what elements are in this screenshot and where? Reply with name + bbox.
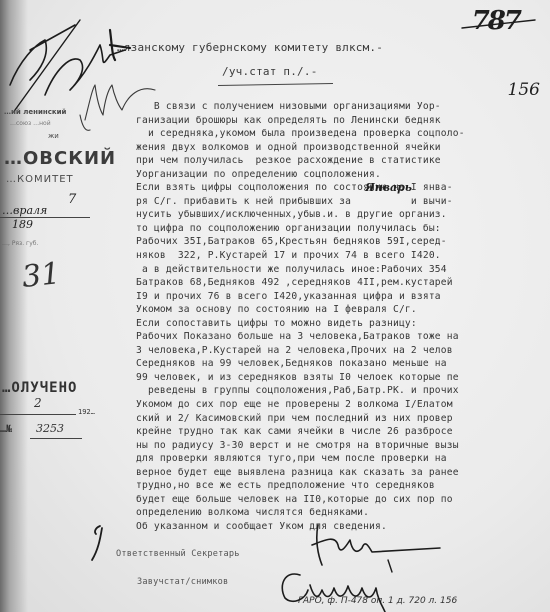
body-line: ганизации брошюры как определять по Лени… xyxy=(136,114,550,128)
stamp-line-1: …ий ленинский xyxy=(4,108,66,116)
addressee-line: …язанскому губернскому комитету влксм.- xyxy=(117,41,383,54)
body-line: Уорганизации по определению соцположения… xyxy=(136,168,550,182)
body-line: реведены в группы соцположения,Раб,Батр.… xyxy=(136,384,550,398)
received-date-line xyxy=(0,414,76,415)
signature-label-statistics: Завучстат/снимков xyxy=(137,577,228,587)
subject-line: /уч.стат п./.- xyxy=(222,65,318,78)
handwritten-page-number: 156 xyxy=(508,80,540,100)
stamp-small-text: …, Ряз. губ. xyxy=(2,240,38,247)
letter-body: В связи с получением низовыми организаци… xyxy=(136,100,550,534)
body-line: няков 322, Р.Кустарей 17 и прочих 74 в в… xyxy=(136,249,550,263)
body-line: жения двух волкомов и одной производстве… xyxy=(136,141,550,155)
body-line: Батраков 68,Бедняков 492 ,середняков 4II… xyxy=(136,276,550,290)
signature-statistics xyxy=(282,574,385,612)
signature-label-secretary: Ответственный Секретарь xyxy=(116,549,240,559)
body-line: В связи с получением низовыми организаци… xyxy=(136,100,550,114)
body-line: I9 и прочих 76 в всего I420,указанная ци… xyxy=(136,290,550,304)
received-word: …ОЛУЧЕНО xyxy=(2,380,77,396)
body-line: Если взять цифры соцположения по состоян… xyxy=(136,181,550,195)
body-line: Рабочих Показано больше на 3 человека,Ба… xyxy=(136,330,550,344)
body-line: ский и 2/ Касимовский при чем последний … xyxy=(136,412,550,426)
stamp-line-5: …КОМИТЕТ xyxy=(6,174,74,185)
body-line: крейне трудно так как сами ячейки в числ… xyxy=(136,425,550,439)
stamp-handwritten-number: 7 xyxy=(68,192,76,207)
body-line: определению волкома числятся бедняками. xyxy=(136,506,550,520)
body-line: Об указанном и сообщает Уком для сведени… xyxy=(136,520,550,534)
body-line: для проверки являются туго,при чем после… xyxy=(136,452,550,466)
body-line: Середняков на 99 человек,Бедняков показа… xyxy=(136,357,550,371)
received-reg-line xyxy=(30,438,82,439)
handwritten-january-insert: Январь xyxy=(365,181,412,194)
stamp-line-2: …союз …ной xyxy=(10,120,51,127)
body-line: Укомом до сих пор еще не проверены 2 вол… xyxy=(136,398,550,412)
body-line: трудно,но все же есть предположение что … xyxy=(136,479,550,493)
body-line: 3 человека,Р.Кустарей на 2 человека,Проч… xyxy=(136,344,550,358)
handwritten-margin-number: 31 xyxy=(20,256,62,295)
body-line: при чем получилась резкое расхождение в … xyxy=(136,154,550,168)
archive-reference: ГАРО, ф. П-478 оп. 1 д. 720 л. 156 xyxy=(298,596,457,606)
resolution-scrawl-2 xyxy=(45,45,125,95)
handwritten-top-right-number: 787 xyxy=(472,6,520,36)
received-day: 2 xyxy=(34,396,42,410)
stamp-handwritten-reg: 189 xyxy=(12,218,33,231)
stamp-line-4: …ОВСКИЙ xyxy=(4,148,116,169)
body-line: то цифра по соцположению организации пол… xyxy=(136,222,550,236)
body-line: Если сопоставить цифры то можно видеть р… xyxy=(136,317,550,331)
body-line: Рабочих 35I,Батраков 65,Крестьян бедняко… xyxy=(136,235,550,249)
body-line: ря С/г. прибавить к ней прибывших за и в… xyxy=(136,195,550,209)
scanned-document-page: …ий ленинский …союз …ной жи …ОВСКИЙ …КОМ… xyxy=(0,0,550,612)
body-line: а в действительности же получилась иное:… xyxy=(136,263,550,277)
body-line: 99 человек, и из середняков взяты I0 чел… xyxy=(136,371,550,385)
received-reg-label: …№ xyxy=(0,424,12,435)
received-year: 192… xyxy=(78,408,95,416)
body-line: верное будет еще выявлена разница как ск… xyxy=(136,466,550,480)
body-line: Укомом за основу по состоянию на I февра… xyxy=(136,303,550,317)
body-line: и середняка,укомом была произведена пров… xyxy=(136,127,550,141)
body-line: нусить убывших/исключенных,убыв.и. в дру… xyxy=(136,208,550,222)
scan-edge-shadow xyxy=(0,0,28,612)
stamp-line-3: жи xyxy=(48,132,59,140)
received-reg-number: 3253 xyxy=(36,422,64,435)
stamp-handwritten-date: …враля xyxy=(2,204,47,217)
body-line: ны по радиусу 3-30 верст и не смотря на … xyxy=(136,439,550,453)
body-line: будет еще больше человек на II0,которые … xyxy=(136,493,550,507)
subject-underline xyxy=(218,83,333,87)
